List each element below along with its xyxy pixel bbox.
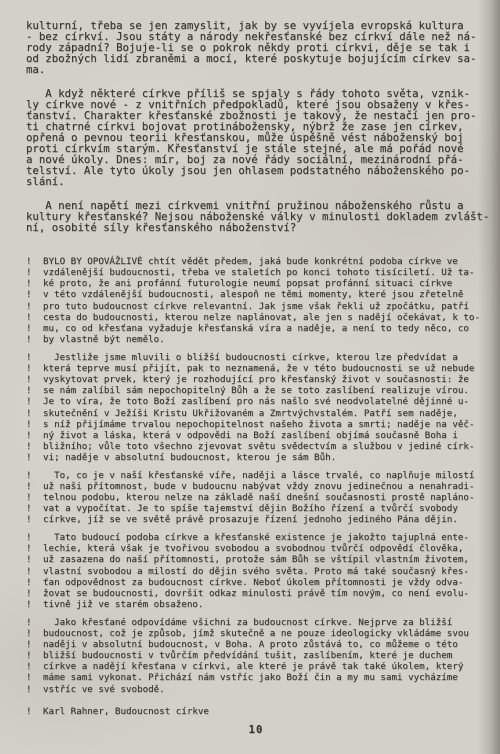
quote-line: !ťan odpovědnost za budoucnost církve. N… bbox=[26, 577, 486, 588]
intro-text-block: kulturní, třeba se jen zamyslit, jak by … bbox=[26, 20, 486, 233]
quote-paragraph: !BYLO BY OPOVÁŽLIVÉ chtít vědět předem, … bbox=[26, 256, 486, 345]
margin-emphasis-mark: ! bbox=[26, 577, 43, 588]
margin-emphasis-mark: ! bbox=[26, 301, 43, 312]
margin-emphasis-mark: ! bbox=[26, 706, 43, 717]
margin-emphasis-mark: ! bbox=[26, 363, 43, 374]
quote-paragraph: ! Jestliže jsme mluvili o bližší budoucn… bbox=[26, 352, 486, 464]
margin-emphasis-mark: ! bbox=[26, 408, 43, 419]
margin-emphasis-mark: ! bbox=[26, 374, 43, 385]
margin-emphasis-mark: ! bbox=[26, 441, 43, 452]
quote-line: !vat a vypočítat. Je to spíše tajemství … bbox=[26, 503, 486, 514]
quote-line: !vi; naděje v absolutní budoucnost, kter… bbox=[26, 452, 486, 463]
quote-line: !tivně již ve starém obsaženo. bbox=[26, 599, 486, 610]
margin-emphasis-mark: ! bbox=[26, 639, 43, 650]
quote-line-text: v této vzdálenější budoucnosti, alespoň … bbox=[43, 289, 463, 300]
quote-paragraph: ! Tato budoucí podoba církve a křesťansk… bbox=[26, 532, 486, 610]
quote-line: !s níž přijímáme trvalou nepochopitelnos… bbox=[26, 419, 486, 430]
source-attribution-line: ! Karl Rahner, Budoucnost církve bbox=[26, 706, 486, 717]
quote-line: !žovat se budoucnosti, dovršit odkaz min… bbox=[26, 588, 486, 599]
margin-emphasis-mark: ! bbox=[26, 481, 43, 492]
quote-line: !vyskytovat prvek, který je rozhodující … bbox=[26, 374, 486, 385]
margin-emphasis-mark: ! bbox=[26, 684, 43, 695]
quote-line: !máme sami vykonat. Přichází nám vstříc … bbox=[26, 672, 486, 683]
margin-emphasis-mark: ! bbox=[26, 312, 43, 323]
quote-line-text: BYLO BY OPOVÁŽLIVÉ chtít vědět předem, j… bbox=[43, 256, 458, 267]
margin-emphasis-mark: ! bbox=[26, 430, 43, 441]
margin-emphasis-mark: ! bbox=[26, 470, 43, 481]
quote-line: !pro tuto budoucnost církve relevantní. … bbox=[26, 301, 486, 312]
margin-emphasis-mark: ! bbox=[26, 672, 43, 683]
quote-line-text: vat a vypočítat. Je to spíše tajemství d… bbox=[43, 503, 458, 514]
quote-line: ! Jestliže jsme mluvili o bližší budoucn… bbox=[26, 352, 486, 363]
quote-line-text: už zasazena do naší přítomnosti, protože… bbox=[43, 554, 469, 565]
margin-emphasis-mark: ! bbox=[26, 588, 43, 599]
quote-line-text: vzdálenější budoucnosti, třeba ve stalet… bbox=[43, 267, 474, 278]
quote-line-text: budoucnost, což je způsob, jímž skutečně… bbox=[43, 628, 469, 639]
quote-line-text: se nám zalíbil sám nepochopitelný Bůh a … bbox=[43, 385, 469, 396]
margin-emphasis-mark: ! bbox=[26, 532, 43, 543]
quote-line-text: ný život a láska, která v odpovědi na Bo… bbox=[43, 430, 458, 441]
quote-line-text: církve, jíž se ve světě právě prosazuje … bbox=[43, 514, 458, 525]
margin-emphasis-mark: ! bbox=[26, 661, 43, 672]
quote-line: !skutečnění v Ježíši Kristu Ukřižovaném … bbox=[26, 408, 486, 419]
quote-line: !vstříc ve své svobodě. bbox=[26, 684, 486, 695]
quote-line-text: vyskytovat prvek, který je rozhodující p… bbox=[43, 374, 469, 385]
quote-line: !v této vzdálenější budoucnosti, alespoň… bbox=[26, 289, 486, 300]
margin-emphasis-mark: ! bbox=[26, 256, 43, 267]
quote-line: !která teprve musí přijít, pak to neznam… bbox=[26, 363, 486, 374]
quote-line-text: To, co je v naší křesťanské víře, naději… bbox=[43, 470, 474, 481]
quote-line-text: bližního; vůle toto všechno zjevovat svě… bbox=[43, 441, 474, 452]
quote-line-text: máme sami vykonat. Přichází nám vstříc j… bbox=[43, 672, 458, 683]
quote-line: !Je to víra, že toto Boží zaslíbení pro … bbox=[26, 396, 486, 407]
scanned-document-page: kulturní, třeba se jen zamyslit, jak by … bbox=[0, 0, 500, 754]
quote-line-text: která teprve musí přijít, pak to nezname… bbox=[43, 363, 474, 374]
quote-line-text: telnou podobu, kterou nelze na základě n… bbox=[43, 492, 474, 503]
quote-line-text: skutečnění v Ježíši Kristu Ukřižovaném a… bbox=[43, 408, 458, 419]
quote-line-text: mu, co od křesťana vyžaduje křesťanská v… bbox=[43, 323, 469, 334]
margin-emphasis-mark: ! bbox=[26, 503, 43, 514]
margin-emphasis-mark: ! bbox=[26, 599, 43, 610]
margin-emphasis-mark: ! bbox=[26, 267, 43, 278]
quote-line-text: naději v absolutní budoucnost, v Boha. A… bbox=[43, 639, 458, 650]
intro-paragraph: A není napětí mezi církvemi vnitřní pruž… bbox=[26, 200, 486, 233]
quote-line: !lechie, která však je tvořivou svobodou… bbox=[26, 543, 486, 554]
margin-emphasis-mark: ! bbox=[26, 396, 43, 407]
quote-line-text: Tato budoucí podoba církve a křesťanské … bbox=[43, 532, 469, 543]
margin-emphasis-mark: ! bbox=[26, 514, 43, 525]
quote-line: ! To, co je v naší křesťanské víře, nadě… bbox=[26, 470, 486, 481]
quote-line: !bližního; vůle toto všechno zjevovat sv… bbox=[26, 441, 486, 452]
quote-line-text: s níž přijímáme trvalou nepochopitelnost… bbox=[43, 419, 474, 430]
quote-line-text: ťan odpovědnost za budoucnost církve. Ne… bbox=[43, 577, 463, 588]
quote-line: !by vlastně být nemělo. bbox=[26, 334, 486, 345]
quote-line: !naději v absolutní budoucnost, v Boha. … bbox=[26, 639, 486, 650]
margin-emphasis-mark: ! bbox=[26, 452, 43, 463]
margin-emphasis-mark: ! bbox=[26, 554, 43, 565]
quote-line: !budoucnost, což je způsob, jímž skutečn… bbox=[26, 628, 486, 639]
quote-line: ! Tato budoucí podoba církve a křesťansk… bbox=[26, 532, 486, 543]
quote-paragraph: ! To, co je v naší křesťanské víře, nadě… bbox=[26, 470, 486, 526]
quote-line: !vlastní svobodou a milostí do dějin své… bbox=[26, 566, 486, 577]
quote-line: !cesta do budoucnosti, kterou nelze napl… bbox=[26, 312, 486, 323]
quote-line: !církve a nadějí křesťana v církvi, ale … bbox=[26, 661, 486, 672]
attribution-text: Karl Rahner, Budoucnost církve bbox=[43, 706, 209, 717]
margin-emphasis-mark: ! bbox=[26, 289, 43, 300]
quote-line: !církve, jíž se ve světě právě prosazuje… bbox=[26, 514, 486, 525]
quote-line-text: bližší budoucnosti v tvůrčím předvídání … bbox=[43, 650, 452, 661]
margin-emphasis-mark: ! bbox=[26, 566, 43, 577]
margin-emphasis-mark: ! bbox=[26, 628, 43, 639]
quote-line-text: lechie, která však je tvořivou svobodou … bbox=[43, 543, 463, 554]
quote-line: !mu, co od křesťana vyžaduje křesťanská … bbox=[26, 323, 486, 334]
margin-emphasis-mark: ! bbox=[26, 543, 43, 554]
quote-line-text: už naši přítomnost, bude v budoucnu nabý… bbox=[43, 481, 474, 492]
margin-emphasis-mark: ! bbox=[26, 278, 43, 289]
quote-line: !ké proto, že ani profánní futurologie n… bbox=[26, 278, 486, 289]
quote-line: !vzdálenější budoucnosti, třeba ve stale… bbox=[26, 267, 486, 278]
quote-line: !bližší budoucnosti v tvůrčím předvídání… bbox=[26, 650, 486, 661]
margin-emphasis-mark: ! bbox=[26, 650, 43, 661]
quote-line-text: vstříc ve své svobodě. bbox=[43, 684, 165, 695]
margin-emphasis-mark: ! bbox=[26, 419, 43, 430]
quoted-text-block: !BYLO BY OPOVÁŽLIVÉ chtít vědět předem, … bbox=[26, 256, 486, 695]
quote-line: ! Jako křesťané odpovídáme všichni za bu… bbox=[26, 617, 486, 628]
page-number: 10 bbox=[26, 724, 486, 736]
quote-line: !už naši přítomnost, bude v budoucnu nab… bbox=[26, 481, 486, 492]
quote-line-text: by vlastně být nemělo. bbox=[43, 334, 165, 345]
margin-emphasis-mark: ! bbox=[26, 617, 43, 628]
margin-emphasis-mark: ! bbox=[26, 323, 43, 334]
quote-line-text: tivně již ve starém obsaženo. bbox=[43, 599, 203, 610]
quote-line-text: Jestliže jsme mluvili o bližší budoucnos… bbox=[43, 352, 458, 363]
quote-line: !ný život a láska, která v odpovědi na B… bbox=[26, 430, 486, 441]
quote-line-text: církve a nadějí křesťana v církvi, ale k… bbox=[43, 661, 463, 672]
intro-paragraph: A když některé církve příliš se spjaly s… bbox=[26, 88, 486, 187]
margin-emphasis-mark: ! bbox=[26, 352, 43, 363]
quote-line-text: žovat se budoucnosti, dovršit odkaz minu… bbox=[43, 588, 469, 599]
quote-line-text: vlastní svobodou a milostí do dějin svéh… bbox=[43, 566, 469, 577]
intro-paragraph: kulturní, třeba se jen zamyslit, jak by … bbox=[26, 20, 486, 75]
quote-line: !BYLO BY OPOVÁŽLIVÉ chtít vědět předem, … bbox=[26, 256, 486, 267]
quote-paragraph: ! Jako křesťané odpovídáme všichni za bu… bbox=[26, 617, 486, 695]
quote-line-text: ké proto, že ani profánní futurologie ne… bbox=[43, 278, 452, 289]
page-content: kulturní, třeba se jen zamyslit, jak by … bbox=[0, 0, 500, 754]
quote-line-text: Je to víra, že toto Boží zaslíbení pro n… bbox=[43, 396, 469, 407]
margin-emphasis-mark: ! bbox=[26, 334, 43, 345]
margin-emphasis-mark: ! bbox=[26, 492, 43, 503]
margin-emphasis-mark: ! bbox=[26, 385, 43, 396]
quote-line: !už zasazena do naší přítomnosti, protož… bbox=[26, 554, 486, 565]
quote-line-text: vi; naděje v absolutní budoucnost, ktero… bbox=[43, 452, 336, 463]
quote-line: !telnou podobu, kterou nelze na základě … bbox=[26, 492, 486, 503]
quote-line-text: cesta do budoucnosti, kterou nelze naplá… bbox=[43, 312, 480, 323]
quote-line: !se nám zalíbil sám nepochopitelný Bůh a… bbox=[26, 385, 486, 396]
quote-line-text: Jako křesťané odpovídáme všichni za budo… bbox=[43, 617, 452, 628]
quote-line-text: pro tuto budoucnost církve relevantní. J… bbox=[43, 301, 469, 312]
